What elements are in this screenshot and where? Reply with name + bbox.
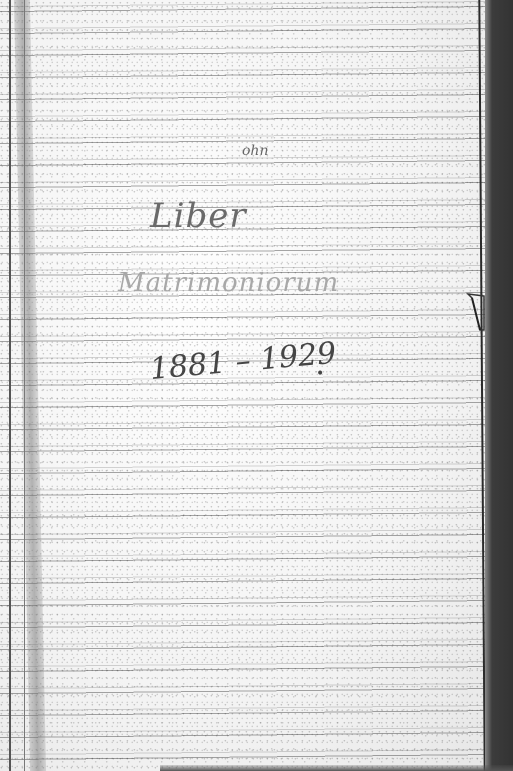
bottom-edge-shadow	[160, 765, 513, 771]
handwritten-mark: •	[316, 366, 324, 382]
book-edge-shadow	[485, 0, 513, 771]
handwritten-subtitle: Matrimoniorum	[118, 268, 339, 298]
binding-line-left	[9, 0, 11, 771]
handwritten-top-word: ohn	[242, 143, 268, 159]
handwritten-title: Liber	[150, 196, 247, 236]
tab-mark-icon	[466, 292, 488, 332]
scanned-page: ohn Liber Matrimoniorum 1881 – 1929 •	[0, 0, 513, 771]
scan-noise	[0, 0, 492, 771]
binding-line-inner	[24, 0, 25, 771]
